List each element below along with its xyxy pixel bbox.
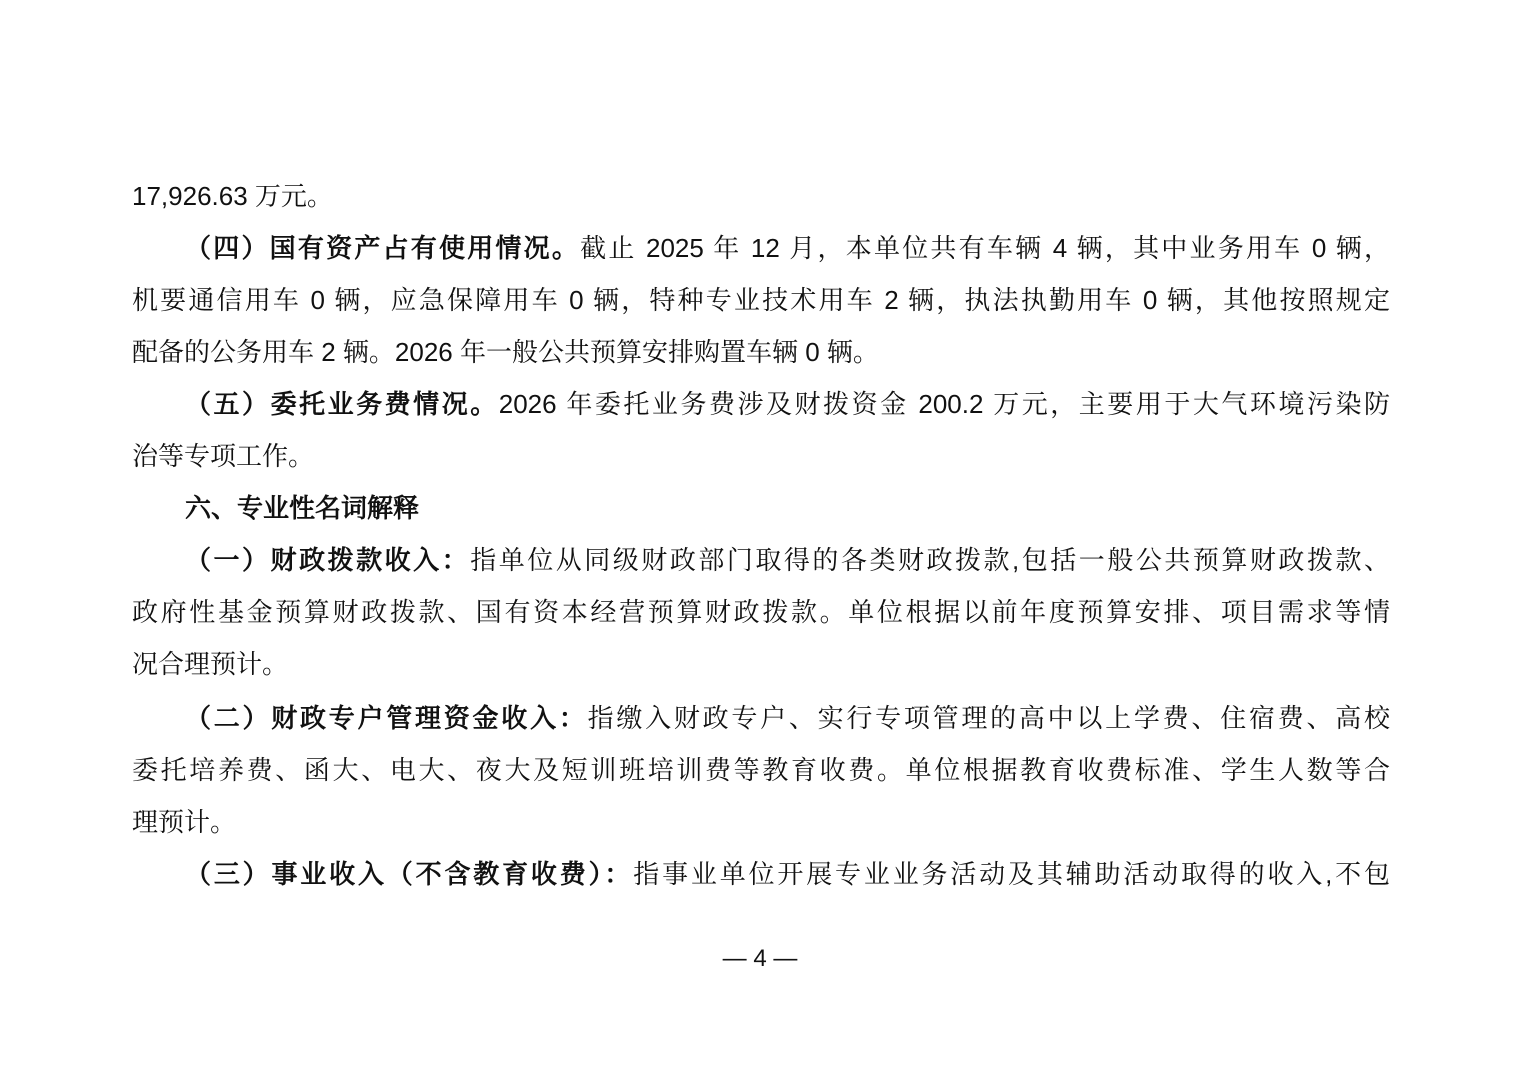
paragraph-entrusted-fee-line: （五）委托业务费情况。2026 年委托业务费涉及财拨资金 200.2 万元，主要…: [185, 388, 1390, 420]
paragraph-line: 机要通信用车 0 辆，应急保障用车 0 辆，特种专业技术用车 2 辆，执法执勤用…: [132, 284, 1390, 316]
line-text: 指缴入财政专户、实行专项管理的高中以上学费、住宿费、高校: [588, 703, 1390, 733]
term-fiscal-appropriation: （一）财政拨款收入：: [185, 545, 470, 575]
line-text: 委托培养费、函大、电大、夜大及短训班培训费等教育收费。单位根据教育收费标准、学生…: [132, 755, 1390, 785]
paragraph-line: 治等专项工作。: [132, 440, 1390, 472]
paragraph-line: 理预计。: [132, 806, 1390, 838]
paragraph-line: 委托培养费、函大、电大、夜大及短训班培训费等教育收费。单位根据教育收费标准、学生…: [132, 754, 1390, 786]
line-text: 况合理预计。: [132, 649, 288, 679]
section-heading: 六、专业性名词解释: [185, 492, 1390, 524]
line-text: 理预计。: [132, 807, 236, 837]
paragraph-special-account-line: （二）财政专户管理资金收入：指缴入财政专户、实行专项管理的高中以上学费、住宿费、…: [185, 702, 1390, 734]
term-business-income: （三）事业收入（不含教育收费）：: [185, 859, 633, 889]
paragraph-business-income-line: （三）事业收入（不含教育收费）：指事业单位开展专业业务活动及其辅助活动取得的收入…: [185, 858, 1390, 890]
line-text: 截止 2025 年 12 月，本单位共有车辆 4 辆，其中业务用车 0 辆，: [580, 233, 1390, 263]
line-text: 配备的公务用车 2 辆。2026 年一般公共预算安排购置车辆 0 辆。: [132, 337, 879, 367]
section-title-terms: 六、专业性名词解释: [185, 493, 419, 523]
paragraph-line: 17,926.63 万元。: [132, 180, 1390, 212]
line-text: 治等专项工作。: [132, 441, 314, 471]
document-page: 17,926.63 万元。 （四）国有资产占有使用情况。截止 2025 年 12…: [0, 0, 1520, 1074]
paragraph-line: 配备的公务用车 2 辆。2026 年一般公共预算安排购置车辆 0 辆。: [132, 336, 1390, 368]
paragraph-fiscal-appropriation-line: （一）财政拨款收入：指单位从同级财政部门取得的各类财政拨款,包括一般公共预算财政…: [185, 544, 1390, 576]
line-text: 政府性基金预算财政拨款、国有资本经营预算财政拨款。单位根据以前年度预算安排、项目…: [132, 597, 1390, 627]
page-number: — 4 —: [0, 944, 1520, 974]
line-text: 17,926.63 万元。: [132, 181, 333, 211]
line-text: 指事业单位开展专业业务活动及其辅助活动取得的收入,不包: [633, 859, 1390, 889]
paragraph-vehicles-heading-line: （四）国有资产占有使用情况。截止 2025 年 12 月，本单位共有车辆 4 辆…: [185, 232, 1390, 264]
subsection-title-entrusted-fee: （五）委托业务费情况。: [185, 389, 499, 419]
line-text: 机要通信用车 0 辆，应急保障用车 0 辆，特种专业技术用车 2 辆，执法执勤用…: [132, 285, 1390, 315]
subsection-title-assets: （四）国有资产占有使用情况。: [185, 233, 580, 263]
paragraph-line: 况合理预计。: [132, 648, 1390, 680]
term-special-account-income: （二）财政专户管理资金收入：: [185, 703, 588, 733]
line-text: 2026 年委托业务费涉及财拨资金 200.2 万元，主要用于大气环境污染防: [499, 389, 1390, 419]
line-text: 指单位从同级财政部门取得的各类财政拨款,包括一般公共预算财政拨款、: [470, 545, 1390, 575]
paragraph-line: 政府性基金预算财政拨款、国有资本经营预算财政拨款。单位根据以前年度预算安排、项目…: [132, 596, 1390, 628]
